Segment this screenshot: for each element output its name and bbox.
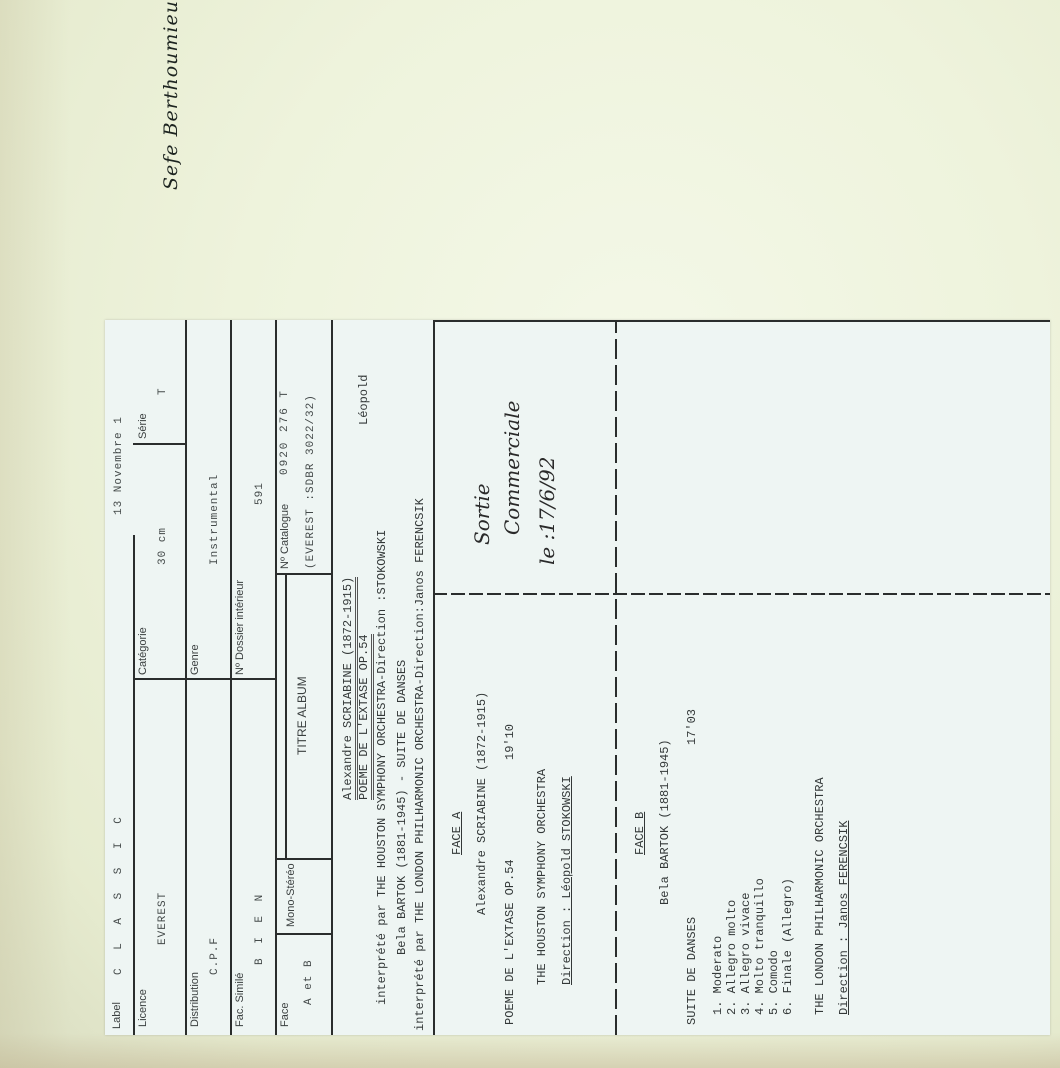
face-a-direction: Direction : Léopold STOKOWSKI [560,776,574,985]
col-divider [133,678,275,680]
handwritten-release-line1: Sortie [470,483,494,545]
face-b-work: SUITE DE DANSES [685,917,699,1025]
record-data-sheet: Label C L A S S I C 13 Novembre 1 Licenc… [105,320,1050,1035]
album-line-1: Alexandre SCRIABINE (1872-1915) [341,577,358,800]
album-line-6: interprété par THE LONDON PHILHARMONIC O… [413,498,427,1031]
face-a-work: POEME DE L'EXTASE OP.54 [503,859,517,1025]
album-line-3: Léopold [357,375,371,425]
face-b-orchestra: THE LONDON PHILHARMONIC ORCHESTRA [813,777,827,1015]
distribution-caption: Distribution [189,972,201,1027]
handwritten-release-line3: le :17/6/92 [535,457,559,565]
album-line-4: interprété par THE HOUSTON SYMPHONY ORCH… [375,530,389,1005]
fac-simile-value: B I E N [254,891,266,965]
row-divider [331,320,333,1035]
genre-caption: Genre [189,644,201,675]
face-a-composer: Alexandre SCRIABINE (1872-1915) [475,692,489,915]
fac-simile-caption: Fac. Similé [234,973,246,1027]
movement-4: 4. Molto tranquillo [753,878,767,1015]
face-b-heading: FACE B [633,812,647,855]
face-b-composer: Bela BARTOK (1881-1945) [658,739,672,905]
date-value: 13 Novembre 1 [113,416,125,515]
mono-stereo-caption: Mono-Stéréo [285,863,297,927]
movement-2: 2. Allegro molto [725,900,739,1015]
label-value: C L A S S I C [113,811,125,975]
title-box-border [285,575,287,860]
distribution-value: C.P.F [209,937,221,975]
face-caption: Face [279,1003,291,1027]
movement-1: 1. Moderato [711,936,725,1015]
col-divider [275,933,331,935]
col-divider [133,443,185,445]
face-a-heading: FACE A [450,812,464,855]
handwritten-note-top: Sefe Berthoumieux [160,0,190,190]
sheet-right-border [433,320,1050,322]
col-divider [275,573,331,575]
face-divider [615,320,617,1035]
movement-6: 6. Finale (Allegro) [781,878,795,1015]
row-divider [275,320,277,1035]
face-a-duration: 19'10 [503,724,517,760]
dossier-value: 591 [254,482,266,505]
face-b-direction: Direction : Janos FERENCSIK [837,821,851,1015]
genre-value: Instrumental [209,474,221,565]
col-divider [275,858,331,860]
licence-caption: Licence [137,989,149,1027]
dossier-caption: Nº Dossier intérieur [234,580,246,675]
catalogue-caption: Nº Catalogue [279,504,291,569]
album-line-5: Bela BARTOK (1881-1945) - SUITE DE DANSE… [395,660,409,955]
face-b-duration: 17'03 [685,709,699,745]
album-line-2: POEME DE L'EXTASE OP.54 [357,634,374,800]
titre-album-caption: TITRE ALBUM [295,676,309,755]
serie-caption: Série [137,413,149,439]
serie-value: T [157,387,169,395]
face-a-orchestra: THE HOUSTON SYMPHONY ORCHESTRA [535,769,549,985]
categorie-value: 30 cm [157,527,169,565]
face-column-divider [433,593,1050,595]
catalogue-ref: (EVEREST :SDBR 3022/32) [305,394,317,569]
face-value: A et B [303,959,315,1005]
movement-3: 3. Allegro vivace [739,893,753,1015]
licence-value: EVEREST [157,892,169,945]
handwritten-release-line2: Commerciale [500,401,524,535]
label-caption: Label [111,1002,123,1029]
row-divider [133,535,135,1035]
section-divider [433,320,435,1035]
catalogue-value: 0920 276 T [279,389,291,475]
categorie-caption: Catégorie [137,627,149,675]
movement-5: 5. Comodo [767,950,781,1015]
